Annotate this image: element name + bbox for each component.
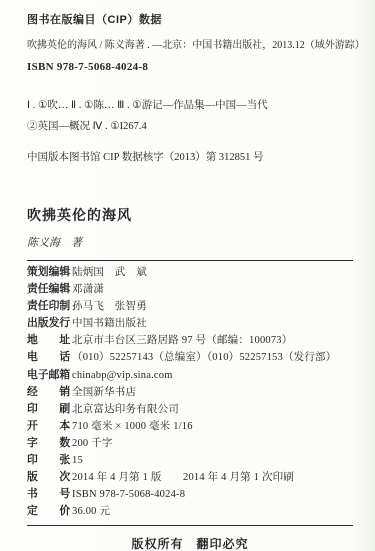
colophon-row-responsible-editor: 责任编辑 邓潇潇 [27, 281, 353, 298]
colophon-label: 字 数 [27, 435, 72, 451]
colophon-label: 责任编辑 [27, 281, 72, 297]
colophon-value: 36.00 元 [72, 504, 110, 520]
copyright-notice: 版权所有 翻印必究 [27, 535, 353, 551]
colophon-value: 710 毫米 × 1000 毫米 1/16 [72, 419, 193, 435]
colophon-row-price: 定 价 36.00 元 [27, 503, 353, 520]
colophon-row-email: 电子邮箱 chinabp@vip.sina.com [27, 367, 353, 384]
colophon-label: 策划编辑 [27, 264, 72, 280]
colophon-row-address: 地 址 北京市丰台区三路居路 97 号（邮编：100073） [27, 332, 353, 349]
divider-top [27, 260, 353, 261]
colophon-row-distribution: 经 销 全国新华书店 [27, 384, 353, 401]
divider-bottom [27, 525, 353, 526]
colophon-value: 孙马飞 张智勇 [72, 299, 147, 315]
colophon-value: 200 千字 [72, 436, 113, 452]
copyright-page: 图书在版编目（CIP）数据 吹拂英伦的海风 / 陈义海著 . —北京：中国书籍出… [0, 0, 375, 551]
colophon-row-sheets: 印 张 15 [27, 452, 353, 469]
colophon-label: 责任印制 [27, 298, 72, 314]
cip-classification-line-2: ②英国—概况 Ⅳ . ①I267.4 [27, 119, 353, 134]
colophon-label: 出版发行 [27, 315, 72, 331]
colophon-row-edition: 版 次 2014 年 4 月第 1 版 2014 年 4 月第 1 次印刷 [27, 469, 353, 486]
colophon-row-printer: 印 刷 北京富达印务有限公司 [27, 401, 353, 418]
colophon-row-planning-editor: 策划编辑 陆炳国 武 斌 [27, 264, 353, 281]
colophon-label: 经 销 [27, 384, 72, 400]
colophon-value: 北京富达印务有限公司 [72, 402, 179, 418]
colophon-value: ISBN 978-7-5068-4024-8 [72, 487, 185, 503]
cip-classification-line-1: Ⅰ . ①吹… Ⅱ . ①陈… Ⅲ . ①游记—作品集—中国—当代 [27, 98, 353, 113]
colophon-label: 书 号 [27, 486, 72, 502]
cip-record-number: 中国版本图书馆 CIP 数据核字（2013）第 312851 号 [27, 150, 353, 165]
colophon-value: 中国书籍出版社 [72, 316, 147, 332]
colophon-value: 邓潇潇 [72, 282, 104, 298]
colophon-label: 开 本 [27, 418, 72, 434]
colophon-row-word-count: 字 数 200 千字 [27, 435, 353, 452]
colophon-label: 印 刷 [27, 401, 72, 417]
colophon-row-book-number: 书 号 ISBN 978-7-5068-4024-8 [27, 486, 353, 503]
colophon-value: chinabp@vip.sina.com [72, 368, 173, 384]
colophon-label: 地 址 [27, 332, 72, 348]
book-author: 陈义海 著 [27, 236, 353, 250]
book-title: 吹拂英伦的海风 [27, 207, 353, 224]
cip-title-line: 吹拂英伦的海风 / 陈义海著 . —北京：中国书籍出版社，2013.12（域外游… [27, 39, 353, 53]
colophon-row-print-supervisor: 责任印制 孙马飞 张智勇 [27, 298, 353, 315]
cip-isbn-line: ISBN 978-7-5068-4024-8 [27, 60, 353, 74]
colophon-row-format: 开 本 710 毫米 × 1000 毫米 1/16 [27, 418, 353, 435]
colophon-label: 电 话 [27, 349, 72, 365]
colophon-value: 15 [72, 453, 83, 469]
cip-header: 图书在版编目（CIP）数据 [27, 14, 353, 26]
colophon-label: 版 次 [27, 469, 72, 485]
colophon-value: （010）52257143（总编室）（010）52257153（发行部） [72, 350, 336, 366]
colophon-value: 陆炳国 武 斌 [72, 265, 147, 281]
colophon-table: 策划编辑 陆炳国 武 斌 责任编辑 邓潇潇 责任印制 孙马飞 张智勇 出版发行 … [27, 264, 353, 520]
colophon-label: 定 价 [27, 503, 72, 519]
colophon-row-telephone: 电 话 （010）52257143（总编室）（010）52257153（发行部） [27, 349, 353, 366]
colophon-value: 全国新华书店 [72, 385, 136, 401]
colophon-value: 北京市丰台区三路居路 97 号（邮编：100073） [72, 333, 292, 349]
colophon-row-publisher: 出版发行 中国书籍出版社 [27, 315, 353, 332]
colophon-label: 印 张 [27, 452, 72, 468]
colophon-value: 2014 年 4 月第 1 版 2014 年 4 月第 1 次印刷 [72, 470, 294, 486]
colophon-label: 电子邮箱 [27, 367, 72, 383]
